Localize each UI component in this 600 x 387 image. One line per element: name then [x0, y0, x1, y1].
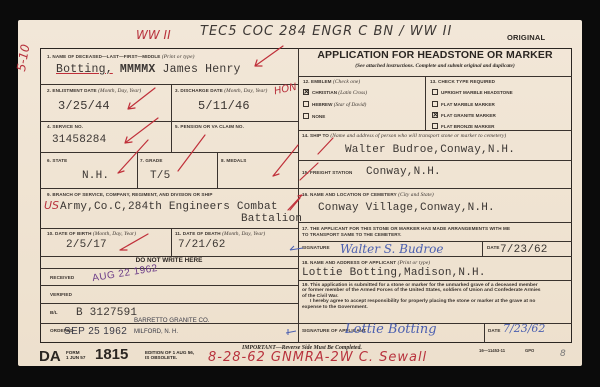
field-11-label: 11. DATE OF DEATH (Month, Day, Year): [175, 231, 265, 237]
emblem-christian-label: CHRISTIAN (Latin Cross): [312, 90, 367, 96]
divider: [40, 152, 298, 153]
divider: [171, 84, 172, 152]
branch-value-line2: Battalion: [241, 213, 302, 225]
contractor-name: BARRETTO GRANITE CO.: [134, 317, 210, 324]
type-upright-marble-checkbox[interactable]: [432, 89, 438, 95]
applicant-name-value: Lottie Botting,Madison,N.H.: [302, 267, 486, 279]
field-10-label: 10. DATE OF BIRTH (Month, Day, Year): [47, 231, 136, 237]
applicant-date-label: DATE: [488, 328, 501, 333]
type-flat-bronze-label: FLAT BRONZE MARKER: [441, 124, 495, 129]
field-19-statement: 19. This application is submitted for a …: [302, 283, 541, 310]
emblem-christian-checkbox[interactable]: [303, 89, 309, 95]
enlistment-date-value: 3/25/44: [58, 99, 110, 113]
divider: [298, 188, 572, 189]
freight-station-value: Conway,N.H.: [366, 166, 441, 178]
field-5-label: 5. PENSION OR VA CLAIM NO.: [175, 124, 244, 129]
field-9-label: 9. BRANCH OF SERVICE, COMPANY, REGIMENT,…: [47, 192, 213, 197]
transporter-signature-label: SIGNATURE: [302, 245, 330, 250]
statement-line: I hereby agree to accept responsibility …: [302, 299, 541, 304]
surname: Botting,: [56, 63, 113, 76]
divider: [298, 130, 572, 131]
type-flat-bronze-checkbox[interactable]: [432, 123, 438, 129]
annotation-processing-note: 8-28-62 GNMRA-2W C. Sewall: [208, 350, 427, 365]
field-14-label: 14. SHIP TO (Name and address of person …: [302, 133, 506, 139]
field-1-name-value: Botting, MMMMX James Henry: [56, 63, 241, 76]
transporter-date-value: 7/23/62: [500, 244, 548, 256]
death-date-value: 7/21/62: [178, 239, 226, 251]
grade-value: T/5: [150, 170, 170, 182]
ordered-stamp: SEP 25 1962: [64, 326, 127, 337]
field-16-label: 16. NAME AND LOCATION OF CEMETERY (City …: [302, 192, 434, 198]
divider: [40, 121, 298, 122]
edition-note: EDITION OF 1 AUG 56,IS OBSOLETE.: [145, 350, 194, 360]
print-code: 16—11453-11: [479, 348, 505, 353]
divider: [298, 160, 572, 161]
office-use-header: DO NOT WRITE HERE: [40, 257, 298, 264]
emblem-none-label: NONE: [312, 114, 325, 119]
divider: [40, 188, 298, 189]
field-17-label-line1: 17. THE APPLICANT FOR THIS STONE OR MARK…: [302, 226, 510, 231]
given-names: James Henry: [163, 63, 241, 76]
divider: [217, 152, 218, 188]
field-17-label-line2: TO TRANSPORT SAME TO THE CEMETERY.: [302, 232, 402, 237]
copy-label: ORIGINAL: [507, 33, 545, 42]
field-4-label: 4. SERVICE NO.: [47, 124, 83, 129]
divider: [40, 228, 298, 229]
divider: [298, 256, 572, 257]
service-number-value: 31458284: [52, 134, 106, 146]
applicant-date-value: 7/23/62: [503, 322, 545, 335]
struck-text: MMMMX: [120, 63, 156, 76]
divider: [137, 152, 138, 188]
bl-label: B/L: [50, 310, 58, 315]
field-1-label: 1. NAME OF DECEASED—LAST—FIRST—MIDDLE (P…: [47, 54, 194, 60]
contractor-location: MILFORD, N. H.: [134, 329, 178, 335]
printer-code: GPO: [525, 348, 534, 353]
field-8-label: 8. MEDALS: [221, 158, 246, 163]
divider: [40, 285, 298, 286]
birth-date-value: 2/5/17: [66, 239, 107, 251]
field-2-label: 2. ENLISTMENT DATE (Month, Day, Year): [47, 88, 141, 94]
divider: [484, 323, 485, 343]
form-prefix: DA: [39, 348, 61, 365]
divider: [425, 76, 426, 130]
divider: [482, 241, 483, 256]
field-15-label: 15. FREIGHT STATION: [302, 170, 352, 175]
divider: [40, 268, 298, 269]
field-18-label: 18. NAME AND ADDRESS OF APPLICANT (Print…: [302, 260, 430, 266]
transporter-signature: Walter S. Budroe: [340, 242, 443, 256]
divider: [171, 228, 172, 256]
field-7-label: 7. GRADE: [140, 158, 163, 163]
transporter-date-label: DATE: [487, 245, 500, 250]
form-number: 1815: [95, 346, 128, 363]
divider: [298, 76, 572, 77]
type-flat-marble-checkbox[interactable]: [432, 101, 438, 107]
annotation-us: US: [44, 199, 59, 212]
emblem-hebrew-label: HEBREW (Star of David): [312, 102, 366, 108]
type-flat-marble-label: FLAT MARBLE MARKER: [441, 102, 495, 107]
branch-value-line1: Army,Co.C,284th Engineers Combat: [60, 201, 278, 213]
state-value: N.H.: [82, 170, 109, 182]
emblem-hebrew-checkbox[interactable]: [303, 101, 309, 107]
annotation-service-note: TEC5 COC 284 ENGR C BN / WW II: [200, 24, 452, 39]
annotation-ww2-red: WW II: [136, 28, 171, 42]
type-flat-granite-checkbox[interactable]: [432, 112, 438, 118]
emblem-none-checkbox[interactable]: [303, 113, 309, 119]
statement-line: expense to the Government.: [302, 305, 541, 310]
field-13-label: 13. CHECK TYPE REQUIRED: [430, 79, 495, 84]
field-12-label: 12. EMBLEM (Check one): [303, 79, 360, 85]
form-date: FORM1 JUN 57: [66, 350, 85, 360]
divider: [298, 222, 572, 223]
applicant-signature: Lottie Botting: [345, 322, 437, 337]
type-flat-granite-label: FLAT GRANITE MARKER: [441, 113, 496, 118]
field-6-label: 6. STATE: [47, 158, 67, 163]
divider: [40, 84, 298, 85]
divider: [40, 303, 298, 304]
cemetery-value: Conway Village,Conway,N.H.: [318, 202, 495, 214]
ship-to-value: Walter Budroe,Conway,N.H.: [345, 144, 515, 156]
field-3-label: 3. DISCHARGE DATE (Month, Day, Year): [175, 88, 267, 94]
discharge-date-value: 5/11/46: [198, 99, 250, 113]
column-divider: [298, 48, 299, 343]
received-label: RECEIVED: [50, 275, 74, 280]
verified-label: VERIFIED: [50, 292, 72, 297]
divider: [298, 280, 572, 281]
bill-of-lading-value: B 3127591: [76, 307, 137, 319]
form-title: APPLICATION FOR HEADSTONE OR MARKER: [298, 49, 572, 61]
annotation-corner-pencil: 8: [560, 349, 566, 359]
form-subtitle: (See attached instructions. Complete and…: [298, 63, 572, 69]
type-upright-marble-label: UPRIGHT MARBLE HEADSTONE: [441, 90, 513, 95]
